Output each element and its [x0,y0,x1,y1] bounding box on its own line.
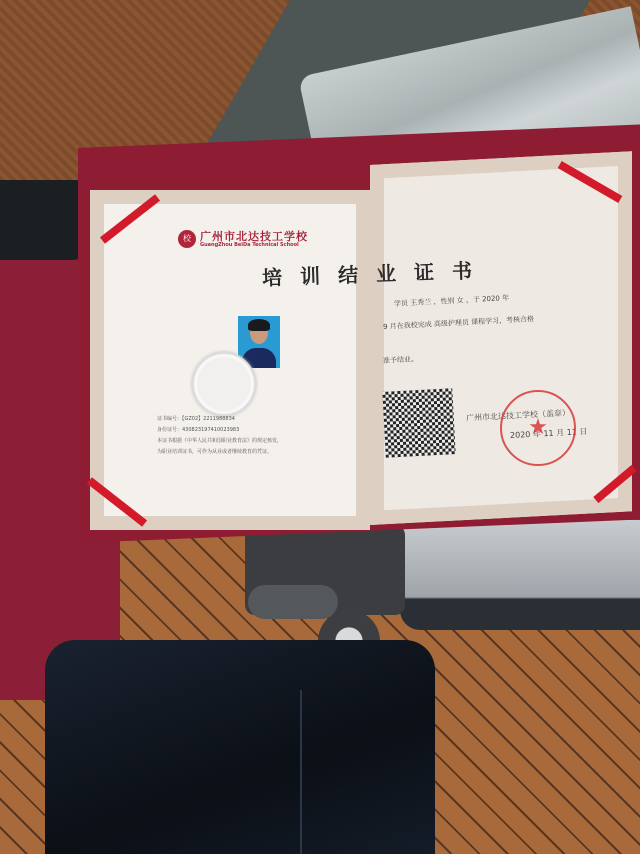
suitcase-wheel [248,585,338,619]
black-bag [45,640,435,854]
qr-code [382,388,455,458]
embossed-seal [192,352,256,416]
legal-note-line2: 为职业培训证书，可作为从业或者继续教育的凭证。 [157,448,272,455]
photo-hair [248,319,270,331]
red-official-seal: ★ [500,390,576,466]
bag-seam [300,690,302,854]
certificate-body-line3: 准予结业。 [383,354,418,366]
school-logo: 校 [178,230,196,248]
silver-suitcase [400,520,640,630]
certificate-right-page [370,151,632,525]
legal-note-line1: 本证书根据《中华人民共和国职业教育法》的规定核发， [157,437,282,444]
certificate-number: 证书编号：【GZ02】2211988834 [157,415,235,422]
school-name-en: GuangZhou BeiDa Technical School [200,242,299,248]
id-number: 身份证号：430823197410023983 [157,426,239,433]
